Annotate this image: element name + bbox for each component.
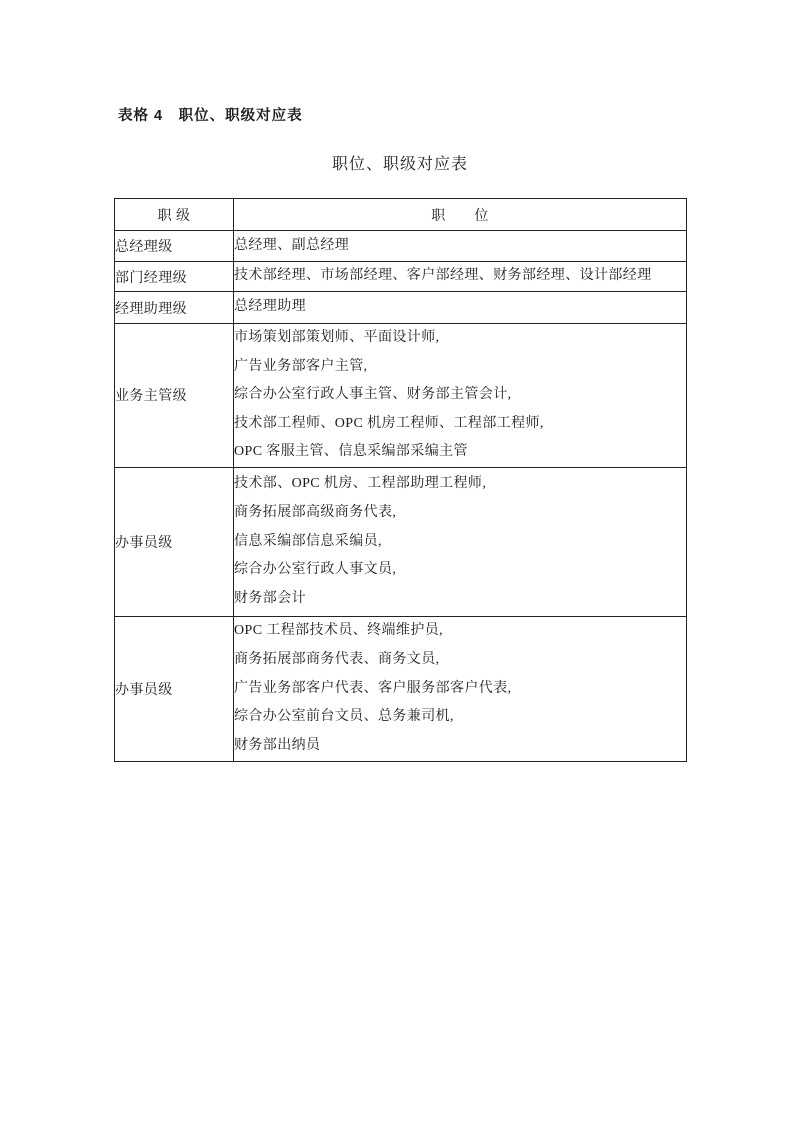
rank-cell: 总经理级 — [115, 231, 234, 262]
position-line: 商务拓展部高级商务代表, — [234, 499, 686, 528]
table-row: 业务主管级 市场策划部策划师、平面设计师,广告业务部客户主管,综合办公室行政人事… — [115, 324, 687, 468]
table-row: 办事员级 OPC 工程部技术员、终端维护员,商务拓展部商务代表、商务文员,广告业… — [115, 616, 687, 761]
table-title: 职位、职级对应表 — [114, 151, 686, 174]
table-row: 部门经理级 技术部经理、市场部经理、客户部经理、财务部经理、设计部经理 — [115, 262, 687, 292]
rank-cell: 办事员级 — [115, 616, 234, 761]
table-header-row: 职 级 职 位 — [115, 199, 687, 231]
position-line: 市场策划部策划师、平面设计师, — [234, 324, 686, 353]
rank-cell: 业务主管级 — [115, 324, 234, 468]
position-line: 信息采编部信息采编员, — [234, 528, 686, 557]
position-cell: 市场策划部策划师、平面设计师,广告业务部客户主管,综合办公室行政人事主管、财务部… — [234, 324, 687, 468]
table-row: 总经理级 总经理、副总经理 — [115, 231, 687, 262]
position-line: 总经理助理 — [234, 293, 686, 322]
table-row: 办事员级 技术部、OPC 机房、工程部助理工程师,商务拓展部高级商务代表,信息采… — [115, 467, 687, 616]
rank-cell: 经理助理级 — [115, 292, 234, 324]
position-cell: OPC 工程部技术员、终端维护员,商务拓展部商务代表、商务文员,广告业务部客户代… — [234, 616, 687, 761]
table-caption: 表格 4 职位、职级对应表 — [118, 104, 303, 125]
position-line: 综合办公室行政人事文员, — [234, 556, 686, 585]
position-line: OPC 工程部技术员、终端维护员, — [234, 617, 686, 646]
column-header-position: 职 位 — [234, 199, 687, 231]
position-cell: 总经理、副总经理 — [234, 231, 687, 262]
table-row: 经理助理级 总经理助理 — [115, 292, 687, 324]
position-cell: 技术部经理、市场部经理、客户部经理、财务部经理、设计部经理 — [234, 262, 687, 292]
position-line: 广告业务部客户主管, — [234, 353, 686, 382]
rank-cell: 办事员级 — [115, 467, 234, 616]
position-line: 广告业务部客户代表、客户服务部客户代表, — [234, 675, 686, 704]
column-header-rank: 职 级 — [115, 199, 234, 231]
document-page: 表格 4 职位、职级对应表 职位、职级对应表 职 级 职 位 总经理级 总经理、… — [0, 0, 793, 1122]
position-cell: 总经理助理 — [234, 292, 687, 324]
position-line: OPC 客服主管、信息采编部采编主管 — [234, 438, 686, 467]
rank-position-table: 职 级 职 位 总经理级 总经理、副总经理 部门经理级 技术部经理、市场部经理、… — [114, 198, 687, 762]
position-line: 技术部、OPC 机房、工程部助理工程师, — [234, 470, 686, 499]
position-line: 综合办公室前台文员、总务兼司机, — [234, 703, 686, 732]
position-cell: 技术部、OPC 机房、工程部助理工程师,商务拓展部高级商务代表,信息采编部信息采… — [234, 467, 687, 616]
position-line: 综合办公室行政人事主管、财务部主管会计, — [234, 381, 686, 410]
rank-cell: 部门经理级 — [115, 262, 234, 292]
position-line: 商务拓展部商务代表、商务文员, — [234, 646, 686, 675]
position-line: 技术部工程师、OPC 机房工程师、工程部工程师, — [234, 410, 686, 439]
position-line: 财务部会计 — [234, 585, 686, 614]
position-line: 技术部经理、市场部经理、客户部经理、财务部经理、设计部经理 — [234, 262, 686, 291]
position-line: 财务部出纳员 — [234, 732, 686, 761]
position-line: 总经理、副总经理 — [234, 232, 686, 261]
